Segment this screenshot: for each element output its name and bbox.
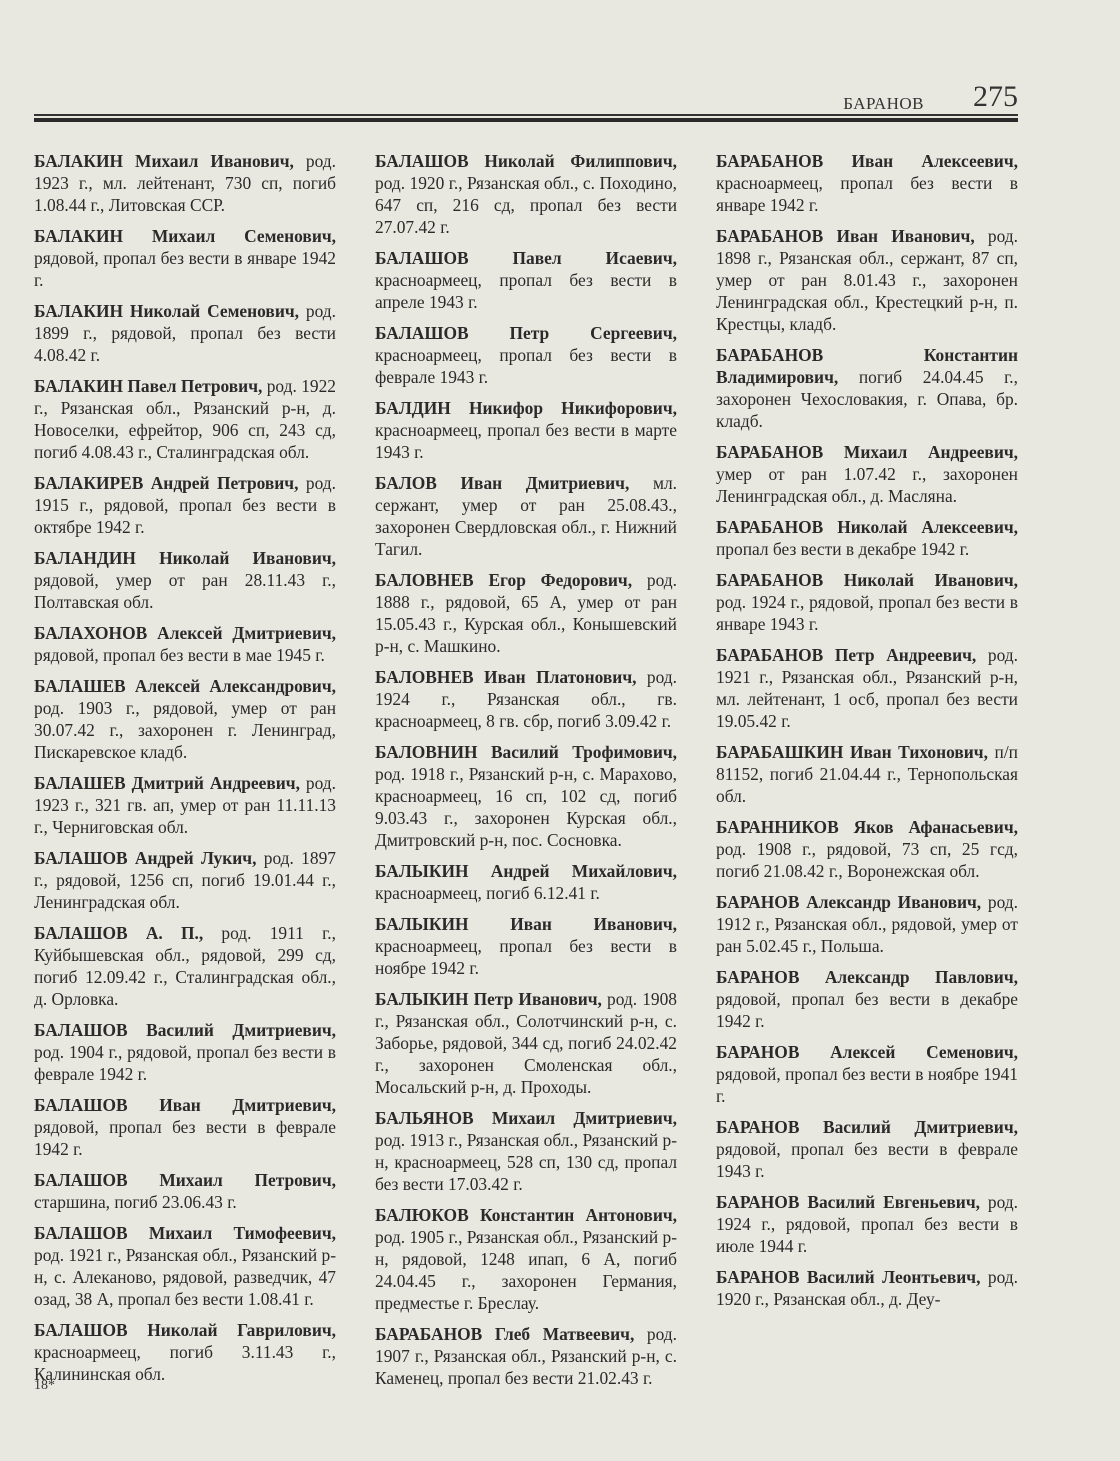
entry-given-name: Константин Антонович,: [480, 1205, 677, 1225]
running-head: БАРАНОВ: [843, 94, 924, 114]
entry: БАЛАНДИН Николай Иванович, рядовой, умер…: [34, 547, 336, 613]
entry: БАРАБАНОВ Иван Алексеевич, красноармеец,…: [716, 150, 1018, 216]
entry: БАРАНОВ Александр Павлович, рядовой, про…: [716, 966, 1018, 1032]
entry-details: род. 1913 г., Рязанская обл., Рязанский …: [375, 1130, 677, 1194]
entry-surname: БАРАБАНОВ: [716, 570, 823, 590]
entry-surname: БАРАБАНОВ: [716, 645, 823, 665]
entry-details: род. 1921 г., Рязанская обл., Рязанский …: [34, 1245, 336, 1309]
entry: БАЛОВНЕВ Иван Платонович, род. 1924 г., …: [375, 666, 677, 732]
entry-surname: БАЛАКИН: [34, 301, 123, 321]
entry-surname: БАЛАШЕВ: [34, 773, 126, 793]
entry: БАЛАХОНОВ Алексей Дмитриевич, рядовой, п…: [34, 622, 336, 666]
entry: БАЛАШЕВ Дмитрий Андреевич, род. 1923 г.,…: [34, 772, 336, 838]
entry-details: род. 1924 г., рядовой, пропал без вести …: [716, 592, 1018, 634]
entries-columns: БАЛАКИН Михаил Иванович, род. 1923 г., м…: [34, 150, 1018, 1398]
entry-surname: БАЛАШОВ: [34, 1223, 128, 1243]
entry: БАЛАШОВ Иван Дмитриевич, рядовой, пропал…: [34, 1094, 336, 1160]
entry-surname: БАЛОВНИН: [375, 742, 478, 762]
entry-details: красноармеец, пропал без вести в ноябре …: [375, 936, 677, 978]
header-rule-thin: [34, 114, 1018, 116]
entry-surname: БАЛЫКИН: [375, 861, 469, 881]
page-header: БАРАНОВ 275: [34, 82, 1018, 112]
entry: БАЛОВ Иван Дмитриевич, мл. сержант, умер…: [375, 472, 677, 560]
entry-surname: БАРАБАШКИН: [716, 742, 843, 762]
entry: БАЛЫКИН Иван Иванович, красноармеец, про…: [375, 913, 677, 979]
entry-details: красноармеец, пропал без вести в апреле …: [375, 270, 677, 312]
entry-surname: БАРАНОВ: [716, 892, 799, 912]
entry-details: рядовой, пропал без вести в мае 1945 г.: [34, 645, 325, 665]
entry-given-name: Алексей Семенович,: [830, 1042, 1018, 1062]
entry-given-name: Алексей Дмитриевич,: [157, 623, 336, 643]
entry: БАЛАКИН Михаил Семенович, рядовой, пропа…: [34, 225, 336, 291]
entry-given-name: Никифор Никифорович,: [469, 398, 677, 418]
column-middle: БАЛАШОВ Николай Филиппович, род. 1920 г.…: [375, 150, 677, 1398]
column-left: БАЛАКИН Михаил Иванович, род. 1923 г., м…: [34, 150, 336, 1398]
entry: БАЛОВНЕВ Егор Федорович, род. 1888 г., р…: [375, 569, 677, 657]
entry-given-name: Петр Андреевич,: [835, 645, 976, 665]
entry-given-name: Иван Алексеевич,: [852, 151, 1018, 171]
entry: БАЛЬЯНОВ Михаил Дмитриевич, род. 1913 г.…: [375, 1107, 677, 1195]
entry-given-name: Иван Дмитриевич,: [461, 473, 630, 493]
entry-surname: БАЛЬЯНОВ: [375, 1108, 474, 1128]
entry-details: пропал без вести в декабре 1942 г.: [716, 539, 969, 559]
entry: БАЛАШОВ Петр Сергеевич, красноармеец, пр…: [375, 322, 677, 388]
entry-given-name: Михаил Тимофеевич,: [149, 1223, 336, 1243]
entry-given-name: Андрей Петрович,: [151, 473, 299, 493]
entry-surname: БАРАБАНОВ: [716, 226, 823, 246]
entry-given-name: Василий Дмитриевич,: [823, 1117, 1018, 1137]
entry-given-name: Александр Иванович,: [806, 892, 981, 912]
entry-details: рядовой, пропал без вести в феврале 1943…: [716, 1139, 1018, 1181]
entry-given-name: Дмитрий Андреевич,: [132, 773, 300, 793]
entry-surname: БАЛАКИН: [34, 151, 123, 171]
entry: БАЛАКИРЕВ Андрей Петрович, род. 1915 г.,…: [34, 472, 336, 538]
entry-given-name: Николай Иванович,: [844, 570, 1018, 590]
entry-surname: БАЛАКИН: [34, 226, 123, 246]
entry: БАЛАШОВ Николай Филиппович, род. 1920 г.…: [375, 150, 677, 238]
entry-surname: БАРАБАНОВ: [716, 151, 823, 171]
entry: БАЛАКИН Павел Петрович, род. 1922 г., Ря…: [34, 375, 336, 463]
column-right: БАРАБАНОВ Иван Алексеевич, красноармеец,…: [716, 150, 1018, 1398]
entry-given-name: Николай Семенович,: [130, 301, 299, 321]
entry-surname: БАЛАШЕВ: [34, 676, 126, 696]
entry: БАЛДИН Никифор Никифорович, красноармеец…: [375, 397, 677, 463]
entry-surname: БАЛОВНЕВ: [375, 667, 474, 687]
entry: БАЛЮКОВ Константин Антонович, род. 1905 …: [375, 1204, 677, 1314]
entry-given-name: Иван Иванович,: [510, 914, 677, 934]
entry-given-name: Александр Павлович,: [825, 967, 1018, 987]
page-number: 275: [973, 82, 1018, 112]
entry: БАЛАШОВ Михаил Тимофеевич, род. 1921 г.,…: [34, 1222, 336, 1310]
entry-surname: БАРАННИКОВ: [716, 817, 839, 837]
entry: БАЛАШОВ Михаил Петрович, старшина, погиб…: [34, 1169, 336, 1213]
entry-given-name: Иван Тихонович,: [850, 742, 988, 762]
entry: БАРАБАНОВ Петр Андреевич, род. 1921 г., …: [716, 644, 1018, 732]
entry: БАРАБАНОВ Глеб Матвеевич, род. 1907 г., …: [375, 1323, 677, 1389]
entry: БАРАНОВ Александр Иванович, род. 1912 г.…: [716, 891, 1018, 957]
entry-given-name: Павел Петрович,: [127, 376, 262, 396]
entry-details: рядовой, умер от ран 28.11.43 г., Полтав…: [34, 570, 336, 612]
entry-given-name: А. П.,: [146, 923, 203, 943]
entry: БАРАНОВ Василий Леонтьевич, род. 1920 г.…: [716, 1266, 1018, 1310]
entry-details: рядовой, пропал без вести в январе 1942 …: [34, 248, 336, 290]
entry-given-name: Павел Исаевич,: [513, 248, 677, 268]
entry: БАЛАШОВ Андрей Лукич, род. 1897 г., рядо…: [34, 847, 336, 913]
entry-given-name: Михаил Андреевич,: [844, 442, 1018, 462]
entry: БАРАНОВ Василий Дмитриевич, рядовой, про…: [716, 1116, 1018, 1182]
entry-details: род. 1918 г., Рязанский р-н, с. Марахово…: [375, 764, 677, 850]
entry-details: рядовой, пропал без вести в ноябре 1941 …: [716, 1064, 1018, 1106]
entry-details: род. 1908 г., рядовой, 73 сп, 25 гсд, по…: [716, 839, 1018, 881]
entry-given-name: Яков Афанасьевич,: [854, 817, 1018, 837]
entry: БАРАННИКОВ Яков Афанасьевич, род. 1908 г…: [716, 816, 1018, 882]
header-rule-thick: [34, 118, 1018, 122]
entry-surname: БАРАБАНОВ: [716, 442, 823, 462]
entry-given-name: Петр Сергеевич,: [510, 323, 677, 343]
entry-surname: БАРАНОВ: [716, 1042, 799, 1062]
entry-given-name: Василий Леонтьевич,: [807, 1267, 981, 1287]
entry-given-name: Алексей Александрович,: [135, 676, 336, 696]
entry-given-name: Николай Гаврилович,: [147, 1320, 336, 1340]
entry-given-name: Михаил Петрович,: [159, 1170, 336, 1190]
entry: БАРАБАШКИН Иван Тихонович, п/п 81152, по…: [716, 741, 1018, 807]
entry: БАЛАШОВ Николай Гаврилович, красноармеец…: [34, 1319, 336, 1385]
printer-signature: 18*: [34, 1378, 55, 1394]
entry: БАЛАКИН Михаил Иванович, род. 1923 г., м…: [34, 150, 336, 216]
entry: БАЛЫКИН Петр Иванович, род. 1908 г., Ряз…: [375, 988, 677, 1098]
entry-details: род. 1904 г., рядовой, пропал без вести …: [34, 1042, 336, 1084]
entry-surname: БАРАНОВ: [716, 967, 799, 987]
entry: БАРАБАНОВ Николай Иванович, род. 1924 г.…: [716, 569, 1018, 635]
entry-given-name: Михаил Иванович,: [135, 151, 294, 171]
entry-given-name: Глеб Матвеевич,: [495, 1324, 634, 1344]
entry-details: рядовой, пропал без вести в декабре 1942…: [716, 989, 1018, 1031]
entry-given-name: Петр Иванович,: [474, 989, 602, 1009]
entry-surname: БАЛАШОВ: [34, 923, 128, 943]
entry-given-name: Михаил Семенович,: [152, 226, 336, 246]
entry-surname: БАЛАШОВ: [34, 1170, 128, 1190]
entry-given-name: Николай Филиппович,: [484, 151, 677, 171]
entry-surname: БАЛАШОВ: [375, 323, 469, 343]
entry-given-name: Михаил Дмитриевич,: [492, 1108, 677, 1128]
entry-surname: БАРАБАНОВ: [716, 345, 823, 365]
entry-details: род. 1903 г., рядовой, умер от ран 30.07…: [34, 698, 336, 762]
entry-surname: БАЛАШОВ: [34, 1320, 128, 1340]
entry-surname: БАЛЫКИН: [375, 989, 469, 1009]
entry: БАЛАШОВ А. П., род. 1911 г., Куйбышевска…: [34, 922, 336, 1010]
entry-surname: БАЛОВ: [375, 473, 437, 493]
entry-given-name: Василий Евгеньевич,: [807, 1192, 980, 1212]
entry-surname: БАЛДИН: [375, 398, 451, 418]
entry: БАЛАШОВ Василий Дмитриевич, род. 1904 г.…: [34, 1019, 336, 1085]
entry-details: красноармеец, пропал без вести в марте 1…: [375, 420, 677, 462]
entry: БАРАБАНОВ Михаил Андреевич, умер от ран …: [716, 441, 1018, 507]
entry-given-name: Иван Платонович,: [484, 667, 636, 687]
entry-surname: БАЛАШОВ: [375, 151, 469, 171]
entry-given-name: Иван Иванович,: [836, 226, 974, 246]
entry: БАЛАКИН Николай Семенович, род. 1899 г.,…: [34, 300, 336, 366]
entry-given-name: Андрей Лукич,: [135, 848, 257, 868]
entry: БАЛЫКИН Андрей Михайлович, красноармеец,…: [375, 860, 677, 904]
entry-surname: БАРАБАНОВ: [716, 517, 823, 537]
entry-surname: БАЛЫКИН: [375, 914, 469, 934]
entry-surname: БАРАНОВ: [716, 1192, 799, 1212]
entry-surname: БАЛАКИН: [34, 376, 123, 396]
entry: БАРАНОВ Алексей Семенович, рядовой, проп…: [716, 1041, 1018, 1107]
entry-given-name: Андрей Михайлович,: [491, 861, 677, 881]
entry: БАЛАШЕВ Алексей Александрович, род. 1903…: [34, 675, 336, 763]
entry: БАРАНОВ Василий Евгеньевич, род. 1924 г.…: [716, 1191, 1018, 1257]
entry-given-name: Иван Дмитриевич,: [159, 1095, 336, 1115]
entry-surname: БАРАНОВ: [716, 1267, 799, 1287]
entry: БАРАБАНОВ Николай Алексеевич, пропал без…: [716, 516, 1018, 560]
entry-surname: БАРАБАНОВ: [375, 1324, 482, 1344]
entry-given-name: Николай Алексеевич,: [837, 517, 1018, 537]
entry: БАРАБАНОВ Константин Владимирович, погиб…: [716, 344, 1018, 432]
entry-surname: БАЛАШОВ: [34, 848, 128, 868]
entry: БАЛОВНИН Василий Трофимович, род. 1918 г…: [375, 741, 677, 851]
entry-details: красноармеец, пропал без вести в январе …: [716, 173, 1018, 215]
entry-surname: БАЛАШОВ: [375, 248, 469, 268]
entry: БАРАБАНОВ Иван Иванович, род. 1898 г., Р…: [716, 225, 1018, 335]
entry-surname: БАЛАШОВ: [34, 1020, 128, 1040]
entry-surname: БАЛАКИРЕВ: [34, 473, 143, 493]
entry-given-name: Василий Трофимович,: [491, 742, 677, 762]
entry-given-name: Егор Федорович,: [488, 570, 632, 590]
entry-given-name: Николай Иванович,: [159, 548, 336, 568]
entry-details: красноармеец, погиб 3.11.43 г., Калининс…: [34, 1342, 336, 1384]
entry-details: рядовой, пропал без вести в феврале 1942…: [34, 1117, 336, 1159]
entry-details: красноармеец, погиб 6.12.41 г.: [375, 883, 600, 903]
entry-details: старшина, погиб 23.06.43 г.: [34, 1192, 237, 1212]
entry-surname: БАЛАНДИН: [34, 548, 136, 568]
entry-surname: БАЛАШОВ: [34, 1095, 128, 1115]
entry-surname: БАЛОВНЕВ: [375, 570, 474, 590]
entry-surname: БАЛЮКОВ: [375, 1205, 469, 1225]
entry-details: красноармеец, пропал без вести в феврале…: [375, 345, 677, 387]
entry-surname: БАЛАХОНОВ: [34, 623, 147, 643]
entry-details: умер от ран 1.07.42 г., захоронен Ленинг…: [716, 464, 1018, 506]
entry-surname: БАРАНОВ: [716, 1117, 799, 1137]
entry-details: род. 1905 г., Рязанская обл., Рязанский …: [375, 1227, 677, 1313]
entry: БАЛАШОВ Павел Исаевич, красноармеец, про…: [375, 247, 677, 313]
entry-given-name: Василий Дмитриевич,: [146, 1020, 336, 1040]
entry-details: род. 1920 г., Рязанская обл., с. Походин…: [375, 173, 677, 237]
